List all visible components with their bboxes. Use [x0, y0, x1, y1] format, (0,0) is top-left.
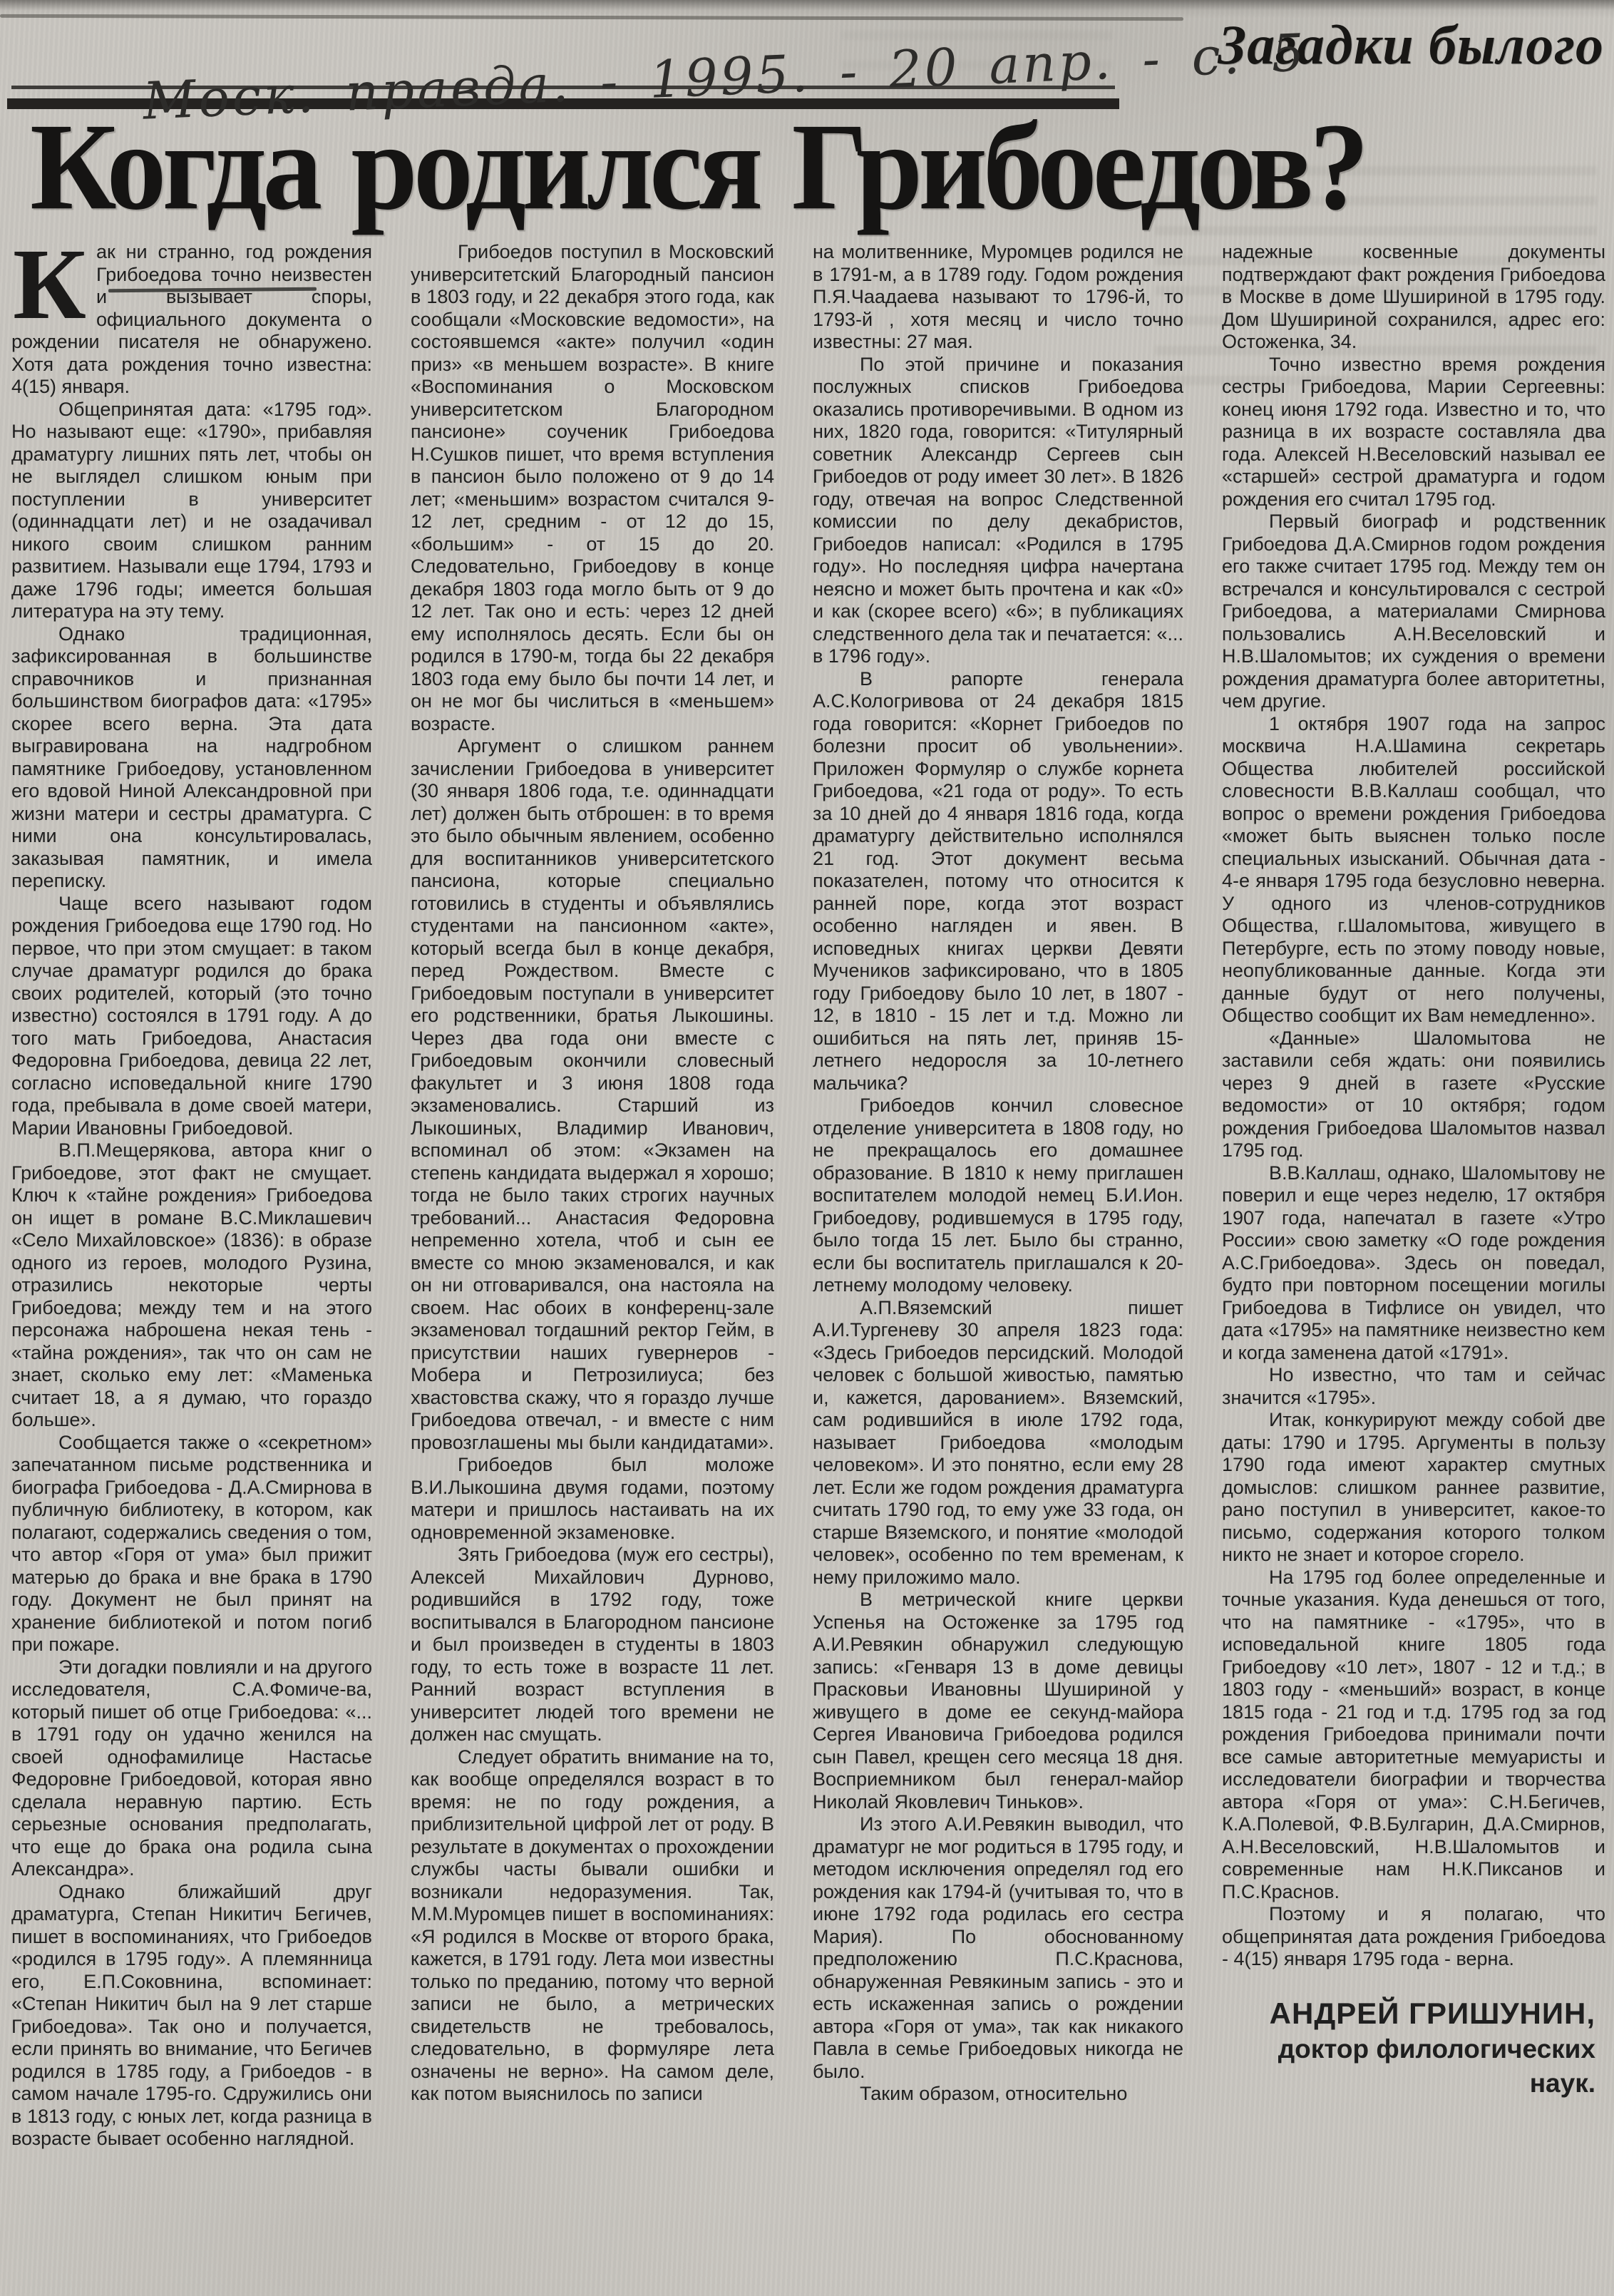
paragraph: Итак, конкурируют между собой две даты: …: [1222, 1409, 1605, 1567]
paragraph: Точно известно время рождения сестры Гри…: [1222, 354, 1605, 511]
paragraph: Из этого А.И.Ревякин выводил, что драмат…: [813, 1813, 1183, 2083]
paragraph: Однако традиционная, зафиксированная в б…: [11, 623, 372, 893]
paragraph: Поэтому и я полагаю, что общепринятая да…: [1222, 1903, 1605, 1971]
newspaper-scan-page: Загадки былого Моск. правда. - 1995. - 2…: [0, 0, 1614, 2296]
article-column-3: на молитвеннике, Муромцев родился не в 1…: [813, 241, 1183, 2289]
paragraph: Однако ближайший друг драматурга, Степан…: [11, 1881, 372, 2151]
paragraph: В рапорте генерала А.С.Кологривова от 24…: [813, 668, 1183, 1095]
paragraph: Таким образом, относительно: [813, 2083, 1183, 2106]
article-title: Когда родился Грибоедов?: [30, 105, 1591, 230]
paragraph: Общепринятая дата: «1795 год». Но называ…: [11, 399, 372, 623]
paragraph: Но известно, что там и сейчас значится «…: [1222, 1364, 1605, 1409]
paragraph: А.П.Вяземский пишет А.И.Тургеневу 30 апр…: [813, 1297, 1183, 1589]
paragraph: Сообщается также о «секретном» запечатан…: [11, 1432, 372, 1656]
author-name: АНДРЕЙ ГРИШУНИН,: [1222, 1995, 1595, 2032]
author-degree: доктор филологических наук.: [1222, 2032, 1595, 2101]
paragraph: По этой причине и показания послужных сп…: [813, 354, 1183, 668]
article-column-4: надежные косвенные документы подтверждаю…: [1222, 241, 1605, 2289]
paragraph: надежные косвенные документы подтверждаю…: [1222, 241, 1605, 354]
paragraph: В.П.Мещерякова, автора книг о Грибоедове…: [11, 1139, 372, 1432]
drop-cap: К: [11, 241, 96, 322]
paragraph: «Данные» Шаломытова не заставили себя жд…: [1222, 1027, 1605, 1162]
paragraph: Первый биограф и родственник Грибоедова …: [1222, 511, 1605, 713]
paragraph: На 1795 год более определенные и точные …: [1222, 1567, 1605, 1904]
paragraph: Чаще всего называют годом рождения Грибо…: [11, 893, 372, 1140]
paragraph: Эти догадки повлияли и на другого исслед…: [11, 1656, 372, 1881]
paragraph: Аргумент о слишком раннем зачислении Гри…: [411, 735, 774, 1454]
paragraph: В.В.Каллаш, однако, Шаломытову не повери…: [1222, 1162, 1605, 1365]
article-column-1: К ак ни странно, год рождения Грибоедова…: [11, 241, 372, 2289]
paragraph: на молитвеннике, Муромцев родился не в 1…: [813, 241, 1183, 354]
author-signature: АНДРЕЙ ГРИШУНИН,доктор филологических на…: [1222, 1995, 1605, 2101]
article-columns: К ак ни странно, год рождения Грибоедова…: [11, 241, 1605, 2289]
paragraph: В метрической книге церкви Успенья на Ос…: [813, 1589, 1183, 1813]
paragraph: 1 октября 1907 года на запрос москвича Н…: [1222, 713, 1605, 1027]
paragraph: Следует обратить внимание на то, как воо…: [411, 1746, 774, 2106]
article-column-2: Грибоедов поступил в Московский универси…: [411, 241, 774, 2289]
paragraph: Грибоедов кончил словесное отделение уни…: [813, 1095, 1183, 1297]
paragraph: Зять Грибоедова (муж его сестры), Алексе…: [411, 1544, 774, 1746]
paragraph: Грибоедов поступил в Московский универси…: [411, 241, 774, 735]
paragraph: Грибоедов был моложе В.И.Лыкошина двумя …: [411, 1454, 774, 1544]
